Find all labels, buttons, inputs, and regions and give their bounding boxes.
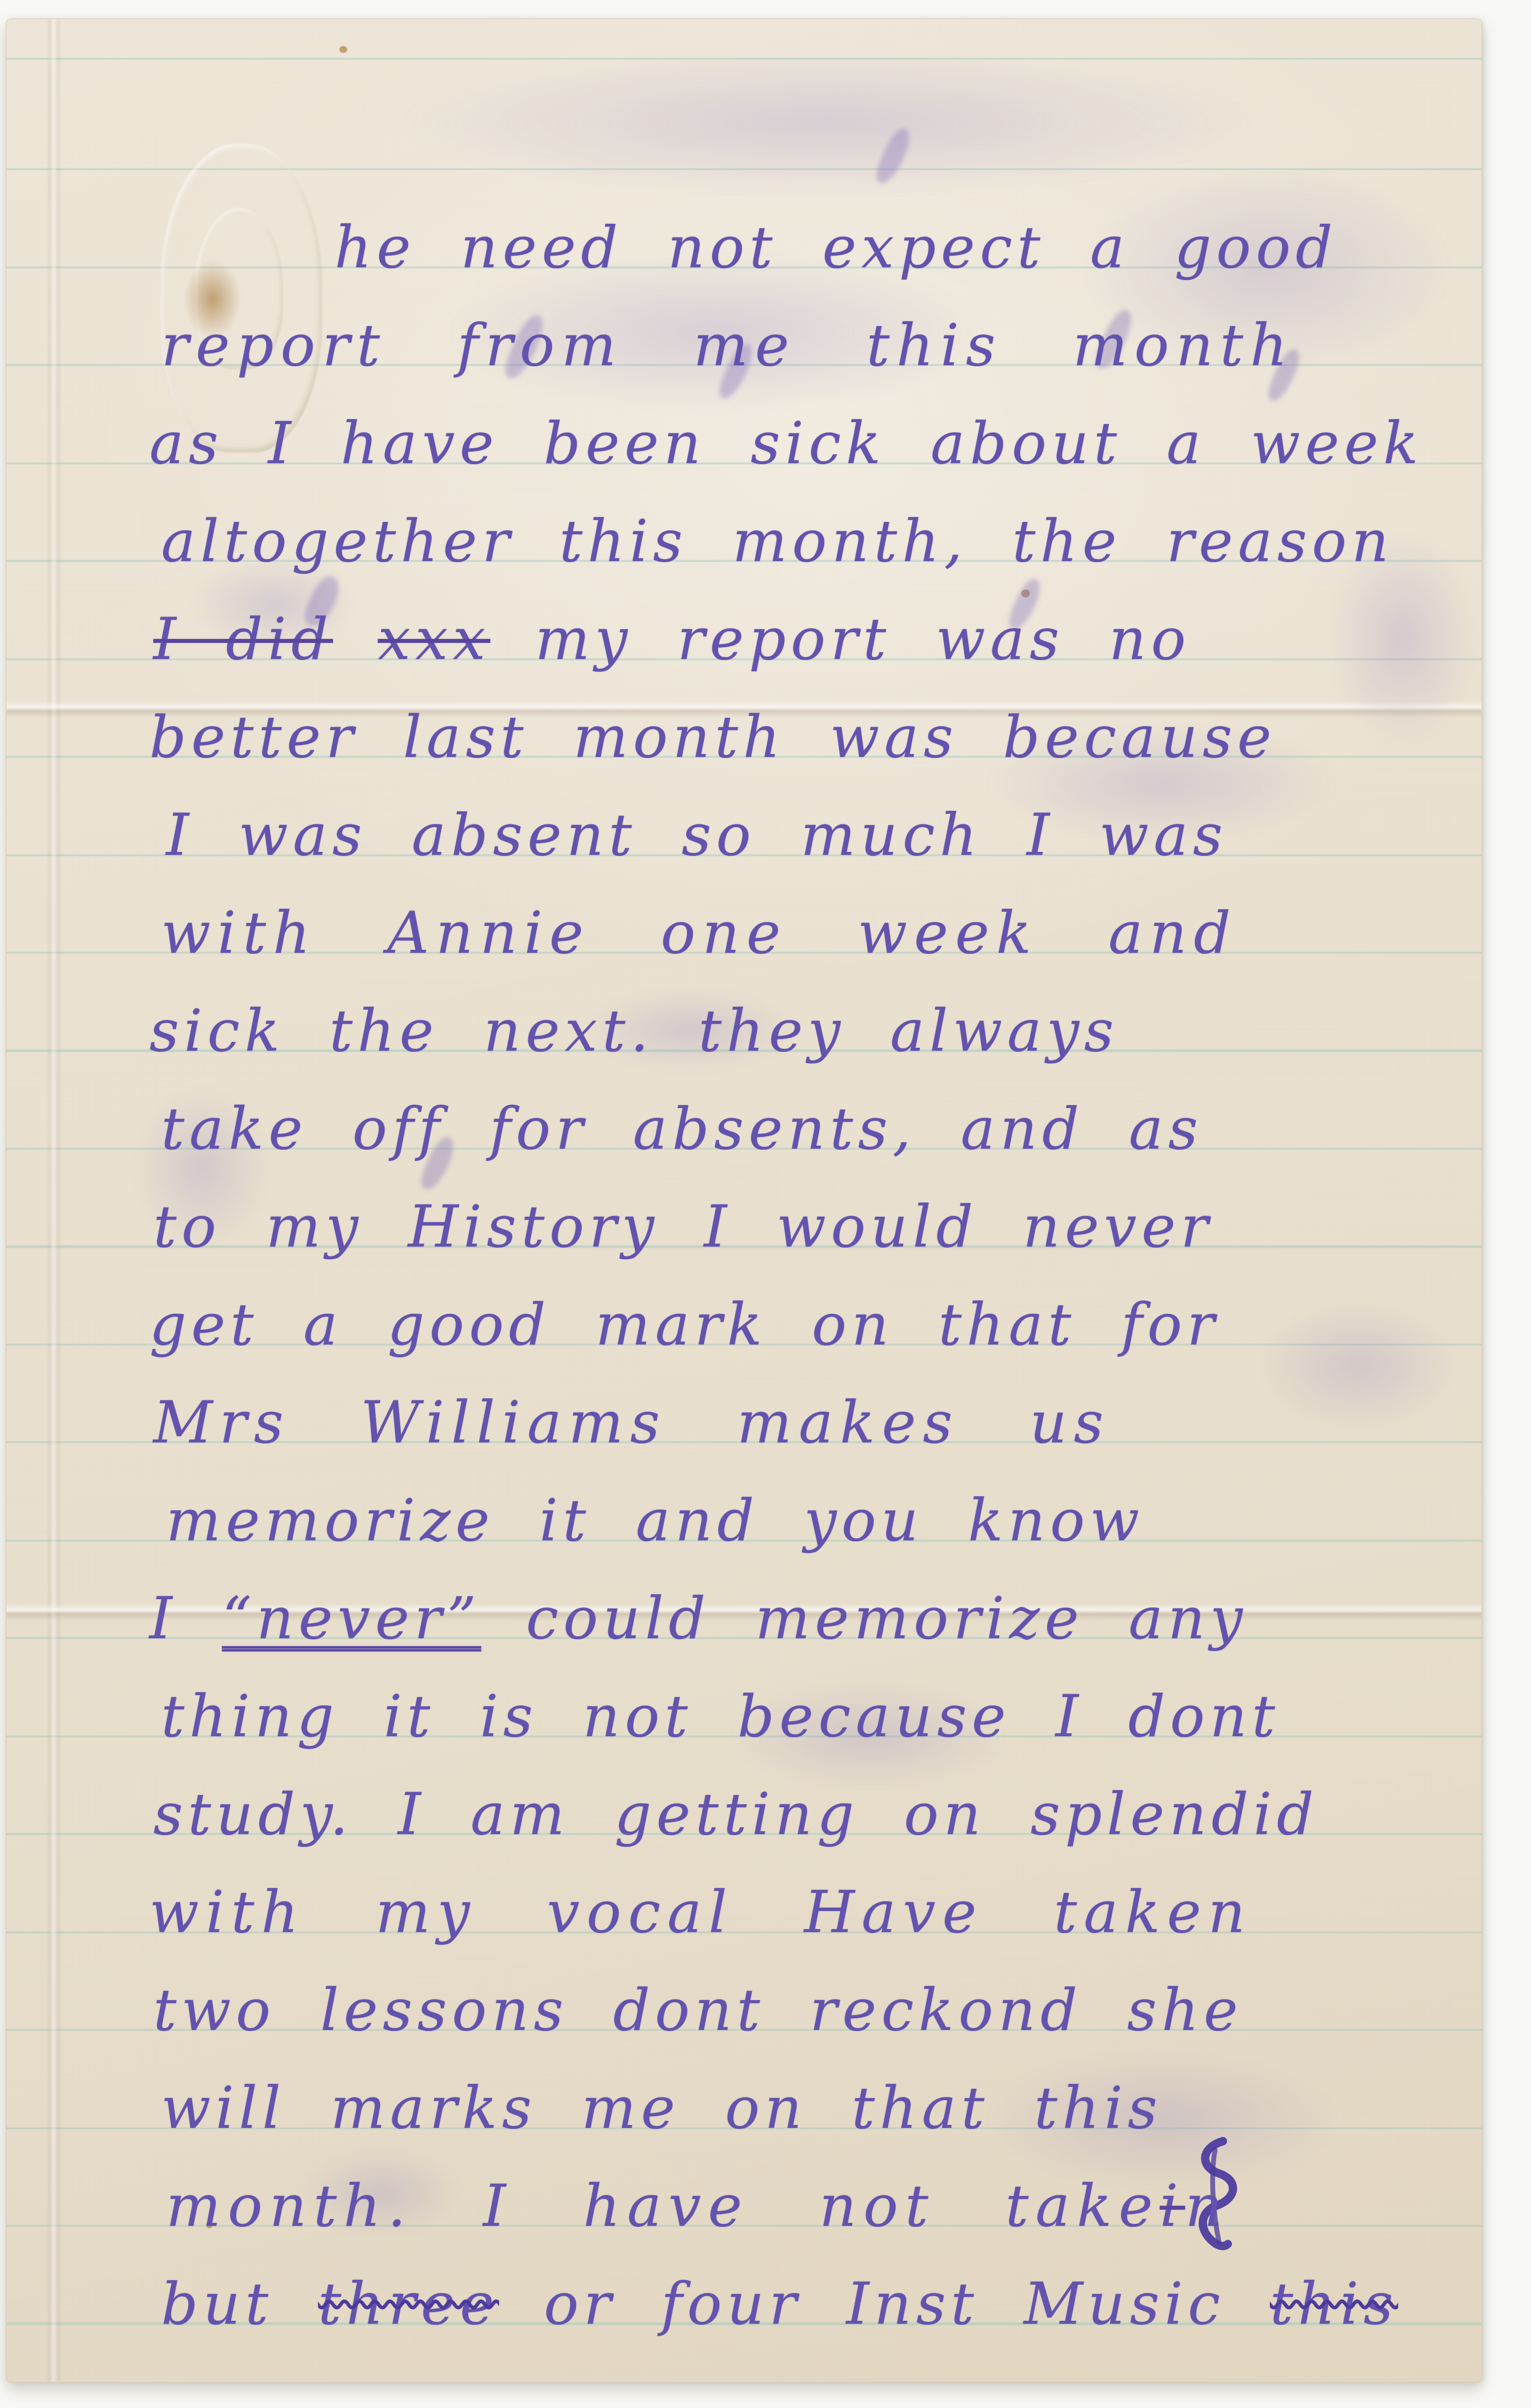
handwriting-segment: will marks me on that this	[161, 2074, 1162, 2142]
text-line: to my History I would never	[153, 1178, 1472, 1275]
handwriting-segment: take off for absents, and as	[161, 1095, 1203, 1162]
handwriting-segment: study. I am getting on splendid	[153, 1780, 1318, 1848]
struck-out-words: xxx	[378, 605, 490, 673]
text-line: report from me this month	[161, 296, 1472, 394]
letter-paper: he need not expect a good report from me…	[6, 19, 1482, 2383]
handwriting-segment: my report was no	[490, 605, 1191, 673]
handwriting-segment: or four Inst Music	[499, 2270, 1270, 2337]
handwriting-segment: n	[1185, 2172, 1229, 2240]
text-line: he need not expect a good	[153, 198, 1472, 296]
handwriting-segment: I	[149, 1584, 222, 1652]
text-line: study. I am getting on splendid	[153, 1765, 1472, 1863]
handwriting-segment: month. I have not take	[166, 2172, 1160, 2240]
paper-speck	[339, 46, 347, 53]
handwriting-segment: to my History I would never	[153, 1193, 1213, 1260]
handwriting-segment: but	[161, 2270, 318, 2337]
text-line: two lessons dont reckond she	[153, 1961, 1472, 2059]
text-line: get a good mark on that for	[149, 1275, 1472, 1373]
handwriting-segment: with Annie one week and	[161, 899, 1238, 967]
handwriting-segment: with my vocal Have taken	[149, 1878, 1252, 1946]
handwriting-segment: get a good mark on that for	[149, 1291, 1220, 1358]
text-line: I was absent so much I was	[166, 786, 1472, 884]
handwriting-segment: as I have been sick about a week	[149, 409, 1423, 477]
overwritten-word: three	[318, 2270, 499, 2337]
text-line: thing it is not because I dont	[161, 1667, 1472, 1765]
text-line: I “never” could memorize any	[149, 1569, 1472, 1667]
handwriting-segment: thing it is not because I dont	[161, 1682, 1280, 1750]
handwriting-segment: could memorize any	[481, 1584, 1248, 1652]
text-line: I did xxx my report was no	[153, 590, 1472, 688]
handwriting-segment: sick the next. they always	[149, 997, 1119, 1064]
handwriting-segment: Mrs Williams makes us	[153, 1389, 1110, 1456]
text-line: but three or four Inst Music this	[161, 2255, 1472, 2353]
struck-out-letter: i	[1160, 2172, 1185, 2240]
text-line: memorize it and you know	[166, 1471, 1472, 1569]
handwriting-segment: better last month was because	[149, 703, 1276, 771]
overwritten-word: this	[1270, 2270, 1398, 2337]
handwriting-lines: he need not expect a good report from me…	[153, 198, 1472, 2353]
handwriting-segment: two lessons dont reckond she	[153, 1976, 1243, 2044]
ink-bleedthrough-smudge	[398, 48, 1255, 195]
text-line: better last month was because	[149, 688, 1472, 786]
handwriting-segment: I was absent so much I was	[166, 801, 1227, 869]
text-line: Mrs Williams makes us	[153, 1373, 1472, 1471]
struck-out-words: I did	[153, 605, 333, 673]
text-line: as I have been sick about a week	[149, 394, 1472, 492]
text-line: sick the next. they always	[149, 982, 1472, 1080]
text-line: take off for absents, and as	[161, 1080, 1472, 1178]
vertical-fold-crease	[48, 19, 61, 2382]
text-line: with Annie one week and	[161, 884, 1472, 982]
handwriting-segment: memorize it and you know	[166, 1487, 1144, 1554]
text-line: month. I have not takein	[166, 2157, 1472, 2255]
handwriting-segment: report from me this month	[161, 311, 1294, 379]
text-line: altogether this month, the reason	[161, 492, 1472, 590]
underlined-word: “never”	[222, 1584, 481, 1652]
handwriting-segment	[333, 605, 378, 673]
scanned-letter-photo: he need not expect a good report from me…	[0, 0, 1531, 2408]
text-line: will marks me on that this	[161, 2059, 1472, 2157]
handwriting-segment: altogether this month, the reason	[161, 507, 1394, 575]
handwriting-segment: he need not expect a good	[335, 213, 1338, 281]
text-line: with my vocal Have taken	[149, 1863, 1472, 1961]
